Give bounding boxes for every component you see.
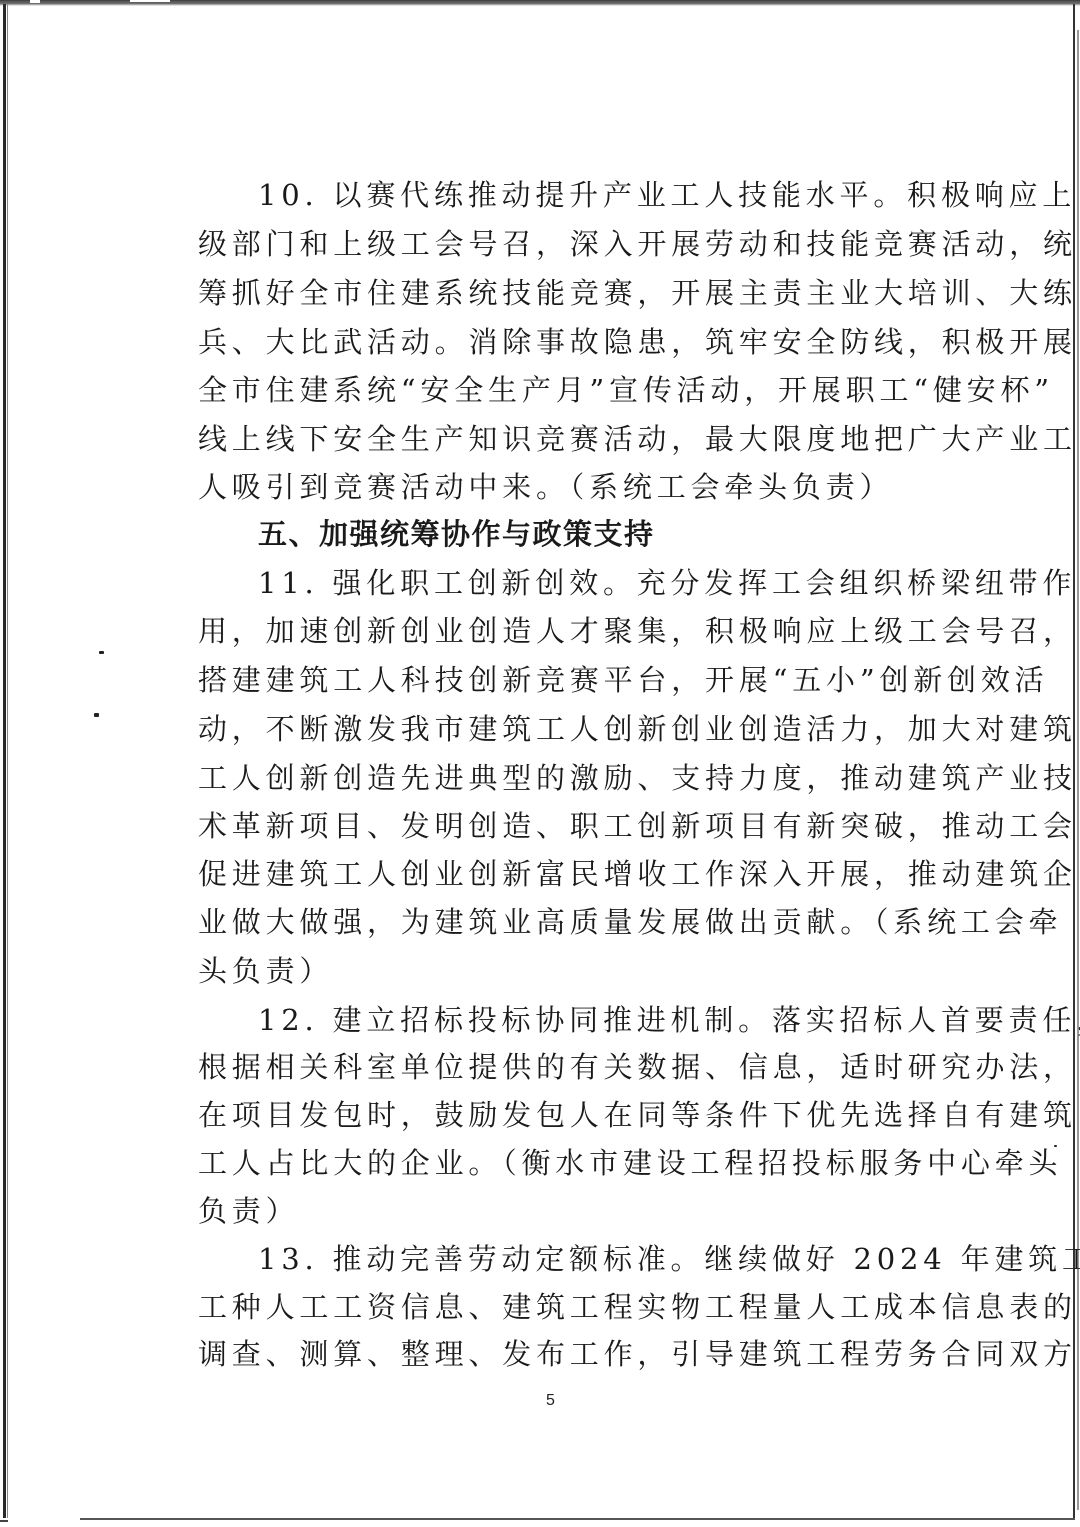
paragraph-line: 搭建建筑工人科技创新竞赛平台，开展“五小”创新创效活 [198,660,910,700]
paragraph-line: 头负责） [198,951,333,991]
scan-border-left-inner [7,4,8,1518]
paragraph-line: 工人占比大的企业。（衡水市建设工程招投标服务中心牵头 [198,1143,910,1183]
paragraph-line: 在项目发包时，鼓励发包人在同等条件下优先选择自有建筑 [198,1095,910,1135]
scan-speck [94,713,99,717]
paragraph-line: 筹抓好全市住建系统技能竞赛，开展主责主业大培训、大练 [198,273,910,313]
paragraph-line: 10. 以赛代练推动提升产业工人技能水平。积极响应上 [258,175,910,215]
scan-border-bottom [80,1518,1075,1520]
paragraph-line: 促进建筑工人创业创新富民增收工作深入开展，推动建筑企 [198,854,910,894]
paragraph-line: 负责） [198,1191,299,1231]
paragraph-line: 人吸引到竞赛活动中来。（系统工会牵头负责） [198,467,893,507]
paragraph-line: 12. 建立招标投标协同推进机制。落实招标人首要责任， [258,1000,910,1040]
paragraph-line: 用，加速创新创业创造人才聚集，积极响应上级工会号召， [198,611,910,651]
paragraph-line: 业做大做强，为建筑业高质量发展做出贡献。（系统工会牵 [198,902,910,942]
paragraph-line: 工人创新创造先进典型的激励、支持力度，推动建筑产业技 [198,758,910,798]
page-number: 5 [546,1392,555,1410]
scan-border-gap [130,0,170,2]
scan-border-right-inner [1077,30,1079,1510]
paragraph-line: 11. 强化职工创新创效。充分发挥工会组织桥梁纽带作 [258,563,910,603]
paragraph-line: 全市住建系统“安全生产月”宣传活动，开展职工“健安杯” [198,370,910,410]
section-heading: 五、加强统筹协作与政策支持 [258,514,655,554]
paragraph-line: 根据相关科室单位提供的有关数据、信息，适时研究办法， [198,1047,910,1087]
paragraph-line: 术革新项目、发明创造、职工创新项目有新突破，推动工会 [198,806,910,846]
scan-border-gap [30,0,40,3]
scan-border-bottom-left [0,1520,8,1522]
paragraph-line: 调查、测算、整理、发布工作，引导建筑工程劳务合同双方 [198,1334,910,1374]
scan-speck [99,651,104,654]
paragraph-line: 13. 推动完善劳动定额标准。继续做好 2024 年建筑工人 [258,1239,910,1279]
paragraph-line: 兵、大比武活动。消除事故隐患，筑牢安全防线，积极开展 [198,322,910,362]
paragraph-line: 工种人工工资信息、建筑工程实物工程量人工成本信息表的 [198,1287,910,1327]
scan-border-left [3,4,6,1518]
paragraph-line: 线上线下安全生产知识竞赛活动，最大限度地把广大产业工 [198,419,910,459]
paragraph-line: 级部门和上级工会号召，深入开展劳动和技能竞赛活动，统 [198,224,910,264]
paragraph-line: 动，不断激发我市建筑工人创新创业创造活力，加大对建筑 [198,709,910,749]
